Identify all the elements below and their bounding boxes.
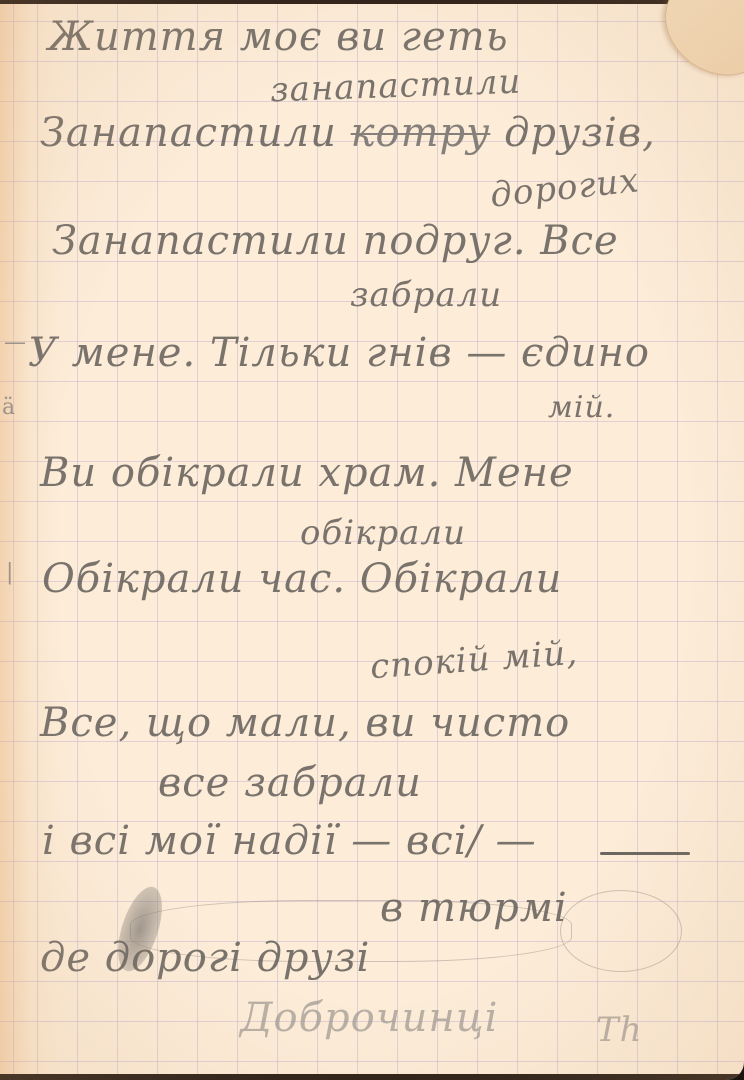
handwritten-insertion: забрали xyxy=(350,275,502,315)
handwritten-insertion: дорогих xyxy=(488,160,641,215)
handwritten-insertion: занапастили xyxy=(269,62,522,111)
handwritten-line-11: Обікрали час. Обікрали xyxy=(42,556,562,602)
margin-mark: — xyxy=(4,330,26,355)
handwritten-line-17: де дорогі друзі xyxy=(40,935,370,981)
handwritten-continuation: мій. xyxy=(548,390,615,425)
page-top-edge xyxy=(0,0,744,4)
handwritten-line-3: Занапастили котру друзів, xyxy=(40,110,656,156)
handwritten-line-5: Занапастили подруг. Все xyxy=(52,218,619,264)
margin-mark: ä xyxy=(2,395,15,420)
handwritten-line-9: Ви обікрали храм. Мене xyxy=(40,450,574,496)
margin-mark: | xyxy=(6,560,13,585)
initials: Th xyxy=(596,1010,643,1050)
handwritten-line-15: і всі мої надії — всі/ — xyxy=(42,818,537,864)
handwritten-line-13: Все, що мали, ви чисто xyxy=(40,700,570,746)
folded-corner xyxy=(646,0,744,96)
handwritten-insertion: в тюрмі xyxy=(380,885,568,931)
handwritten-signature: Доброчинці xyxy=(240,995,498,1041)
handwritten-insertion: все забрали xyxy=(158,760,422,806)
handwritten-line-1: Життя моє ви геть xyxy=(48,14,508,60)
notebook-page: — ä | Життя моє ви геть занапастили Зана… xyxy=(0,0,744,1080)
line-word: Занапастили xyxy=(40,110,337,156)
line-word: друзів, xyxy=(504,110,656,156)
faint-sketch xyxy=(560,890,682,972)
handwritten-continuation: спокій мій, xyxy=(369,633,579,687)
handwritten-line-7: У мене. Тільки гнів — єдино xyxy=(28,330,650,376)
page-bottom-edge xyxy=(0,1074,744,1080)
dash-stroke xyxy=(600,852,690,855)
handwritten-insertion: обікрали xyxy=(300,513,466,553)
crossed-out-word: котру xyxy=(351,110,491,156)
